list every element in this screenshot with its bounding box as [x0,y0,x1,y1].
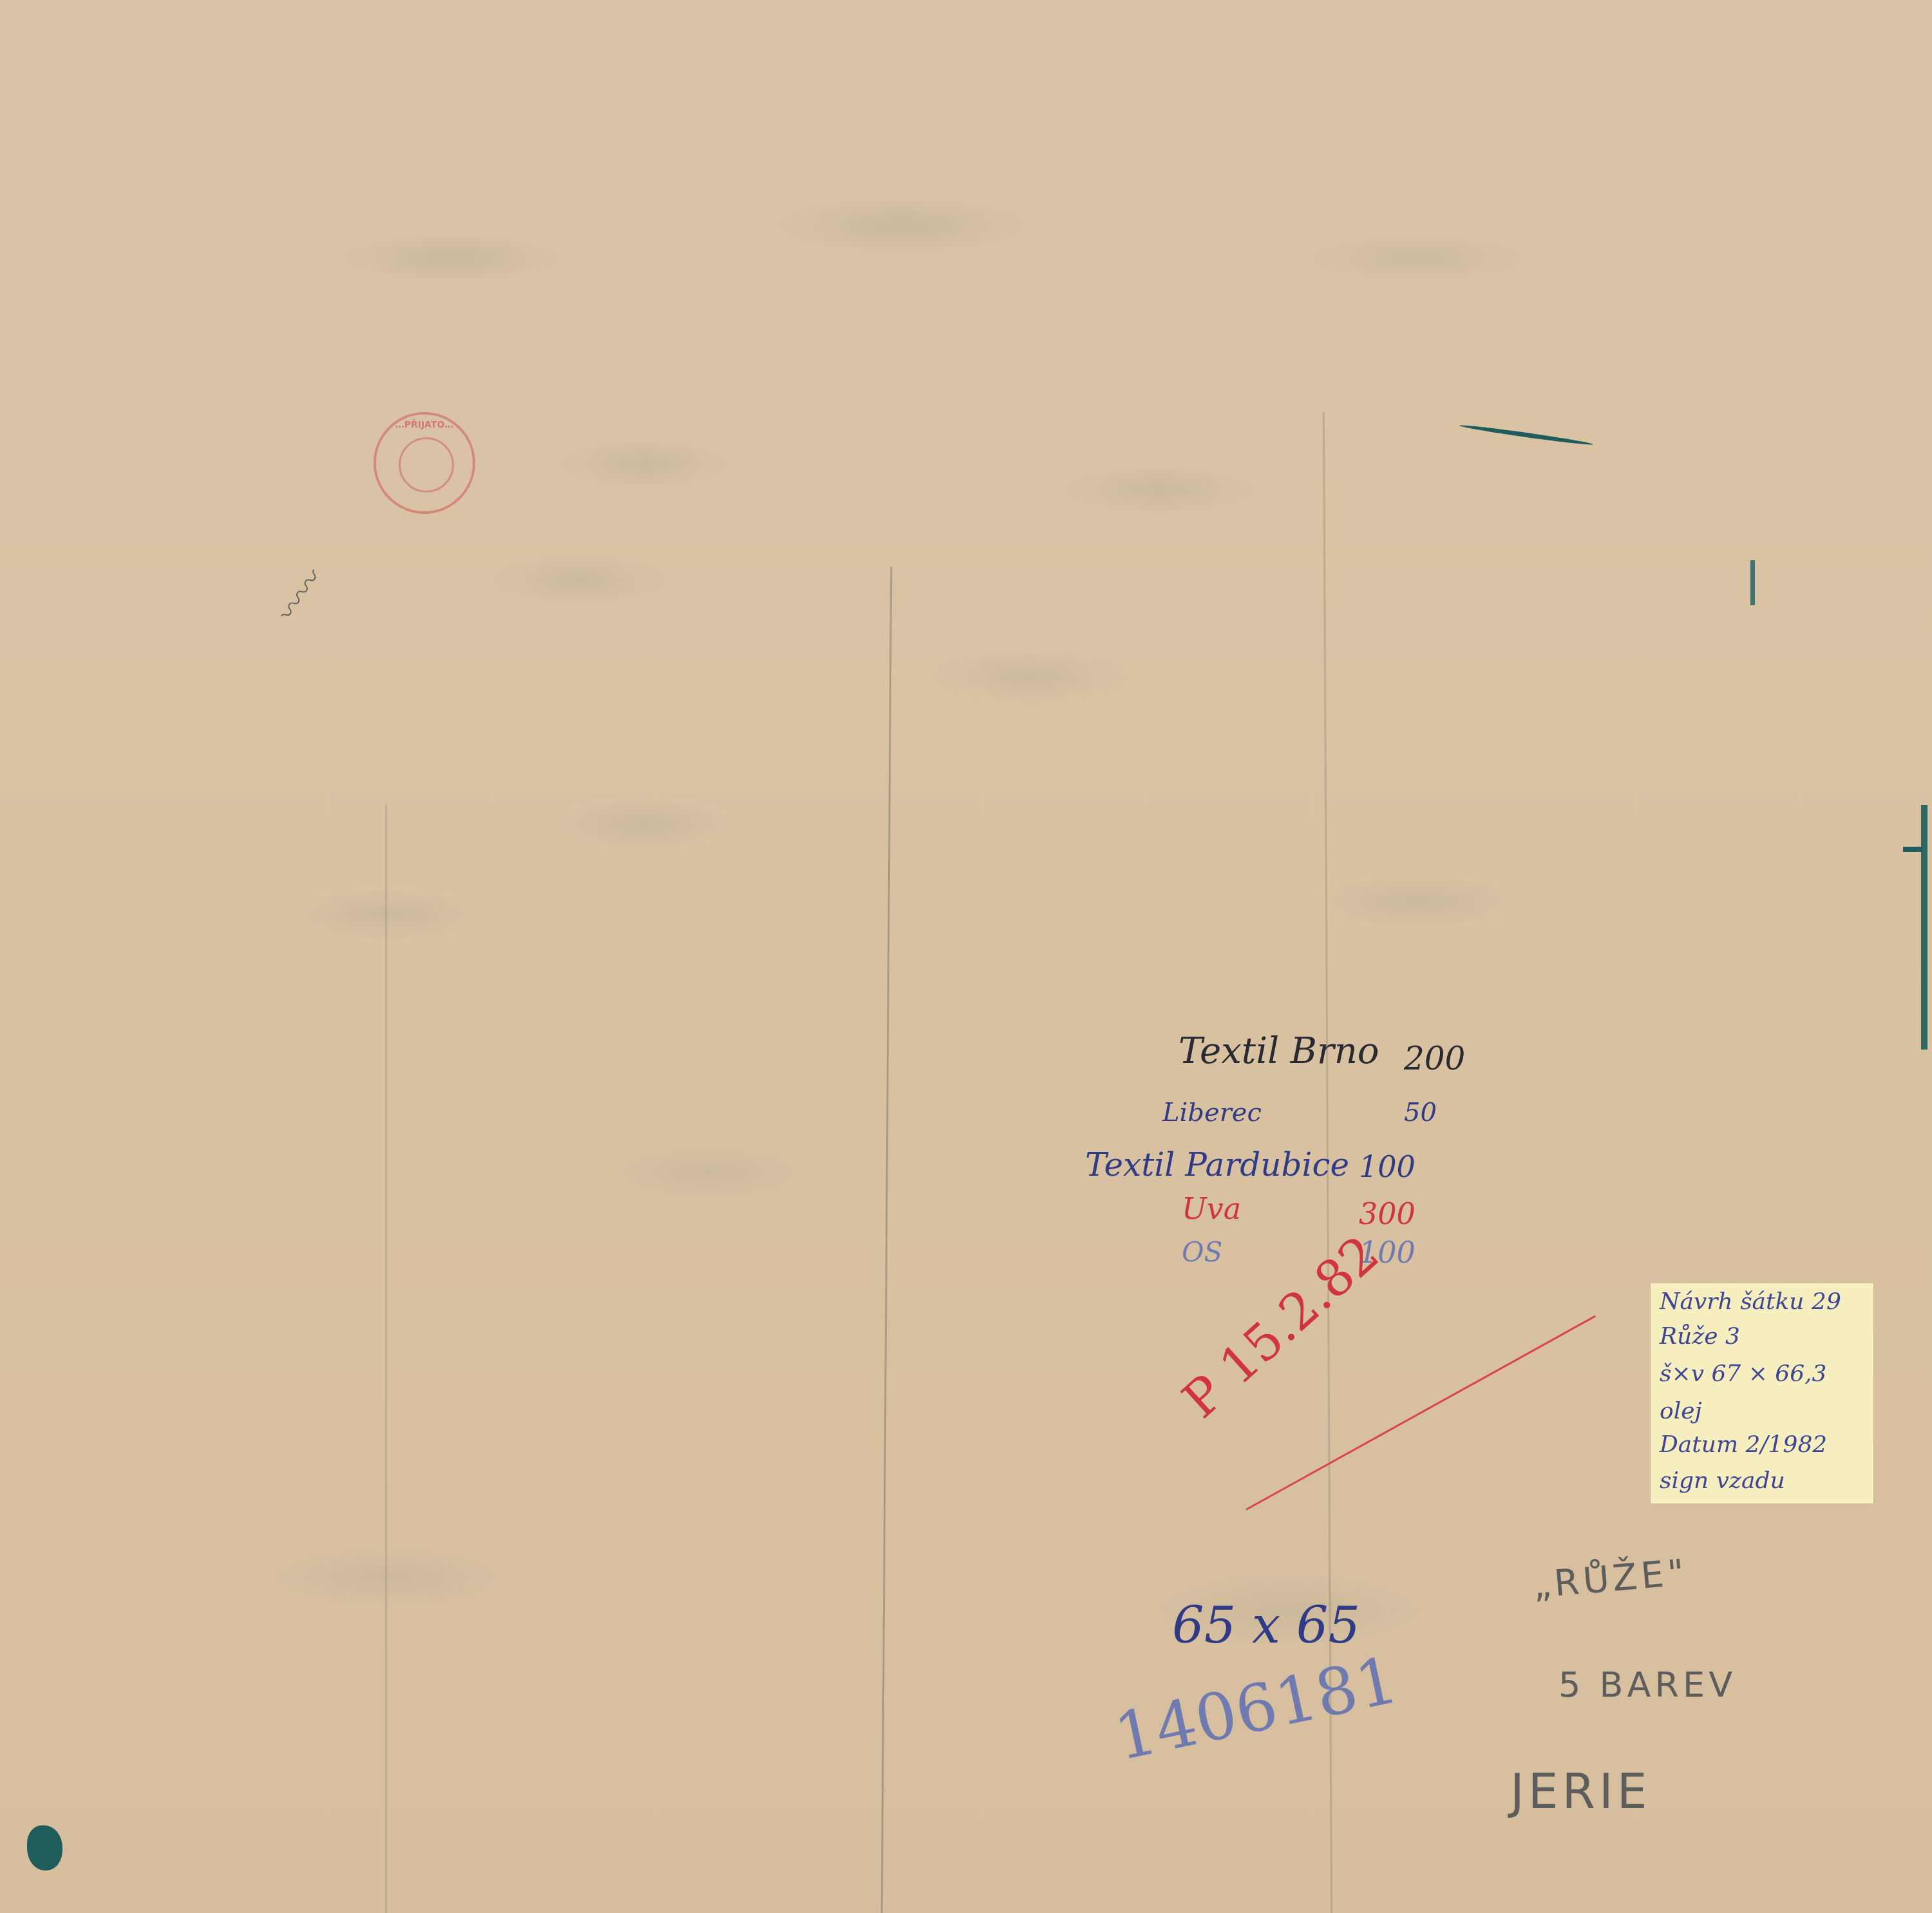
info-label: Návrh šátku 29 Růže 3 š×v 67 × 66,3 olej… [1651,1283,1873,1503]
pencil-colors: 5 BAREV [1558,1664,1736,1705]
label-line-medium: olej [1660,1398,1702,1424]
stamp-text: …PŘIJATO… [395,420,454,430]
pencil-scribble: 〰〰 [266,559,332,629]
artwork-verso-board: …PŘIJATO… 〰〰 Textil Brno 200 Liberec 50 … [0,0,1932,1913]
board-crack [881,567,893,1913]
label-line-signature: sign vzadu [1660,1467,1785,1494]
received-stamp: …PŘIJATO… [374,412,475,514]
board-crack [385,805,387,1913]
stamp-inner-ring [399,437,454,493]
teal-paint-blot [27,1825,62,1871]
pencil-artist: JERIE [1510,1764,1651,1820]
label-line-title: Růže 3 [1660,1323,1740,1350]
teal-paint-edge [1903,847,1922,852]
price-item-name: Textil Pardubice [1085,1146,1349,1183]
price-item-value: 50 [1404,1098,1437,1127]
label-line-design: Návrh šátku 29 [1660,1288,1841,1315]
price-item-name: Liberec [1162,1098,1262,1127]
price-item-value: 100 [1359,1149,1416,1184]
teal-paint-edge [1750,560,1755,605]
dimensions-note: 65 x 65 [1172,1597,1360,1655]
price-item-name: OS [1182,1236,1222,1268]
price-item-name: Textil Brno [1179,1030,1379,1072]
price-item-name: Uva [1182,1191,1241,1226]
pencil-title: „RŮŽE" [1531,1552,1690,1607]
price-item-value: 300 [1359,1196,1416,1231]
label-line-size: š×v 67 × 66,3 [1660,1361,1826,1387]
teal-paint-stroke [1459,423,1594,446]
teal-paint-edge [1921,805,1927,1050]
label-line-date: Datum 2/1982 [1660,1431,1827,1458]
price-item-value: 200 [1404,1040,1465,1077]
inventory-number: 1406181 [1108,1642,1405,1775]
